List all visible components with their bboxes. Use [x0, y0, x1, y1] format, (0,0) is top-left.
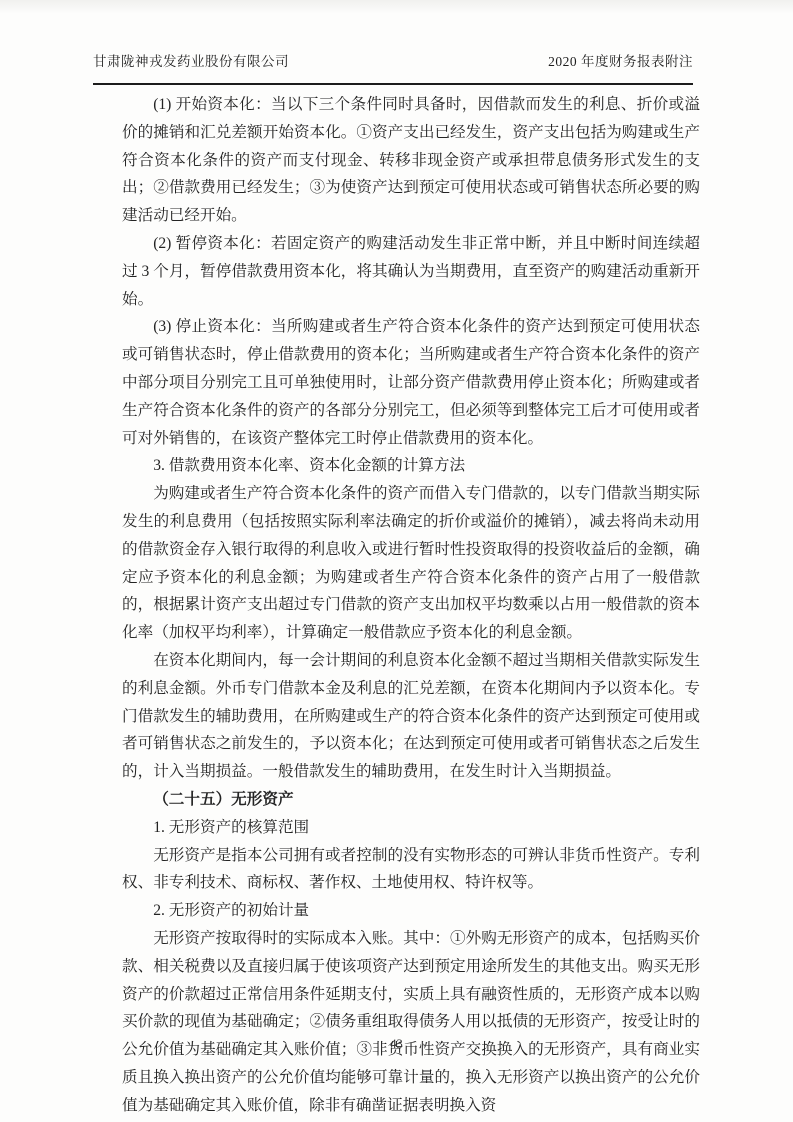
heading-intangible-assets: （二十五）无形资产: [122, 786, 700, 814]
page-number: 43: [0, 1037, 793, 1052]
page-header: 甘肃陇神戎发药业股份有限公司 2020 年度财务报表附注: [93, 50, 693, 70]
subheading-accounting-scope: 1. 无形资产的核算范围: [122, 814, 700, 842]
header-rule: [93, 83, 693, 85]
paragraph-intangible-definition: 无形资产是指本公司拥有或者控制的没有实物形态的可辨认非货币性资产。专利权、非专利…: [122, 842, 700, 898]
document-page: 甘肃陇神戎发药业股份有限公司 2020 年度财务报表附注 (1) 开始资本化：当…: [0, 0, 793, 1122]
company-name: 甘肃陇神戎发药业股份有限公司: [93, 50, 289, 70]
subheading-initial-measurement: 2. 无形资产的初始计量: [122, 897, 700, 925]
paragraph-capitalization-period: 在资本化期间内，每一会计期间的利息资本化金额不超过当期相关借款实际发生的利息金额…: [122, 647, 700, 786]
paragraph-stop-capitalization: (3) 停止资本化：当所购建或者生产符合资本化条件的资产达到预定可使用状态或可销…: [122, 313, 700, 452]
paragraph-suspend-capitalization: (2) 暂停资本化：若固定资产的购建活动发生非正常中断，并且中断时间连续超过 3…: [122, 230, 700, 313]
scan-edge-artifact: [0, 0, 793, 14]
paragraph-initial-measurement: 无形资产按取得时的实际成本入账。其中：①外购无形资产的成本，包括购买价款、相关税…: [122, 925, 700, 1120]
subheading-capitalization-method: 3. 借款费用资本化率、资本化金额的计算方法: [122, 452, 700, 480]
paragraph-begin-capitalization: (1) 开始资本化：当以下三个条件同时具备时，因借款而发生的利息、折价或溢价的摊…: [122, 91, 700, 230]
document-body: (1) 开始资本化：当以下三个条件同时具备时，因借款而发生的利息、折价或溢价的摊…: [122, 91, 700, 1119]
paragraph-specific-borrowing: 为购建或者生产符合资本化条件的资产而借入专门借款的，以专门借款当期实际发生的利息…: [122, 480, 700, 647]
report-title: 2020 年度财务报表附注: [548, 50, 693, 70]
